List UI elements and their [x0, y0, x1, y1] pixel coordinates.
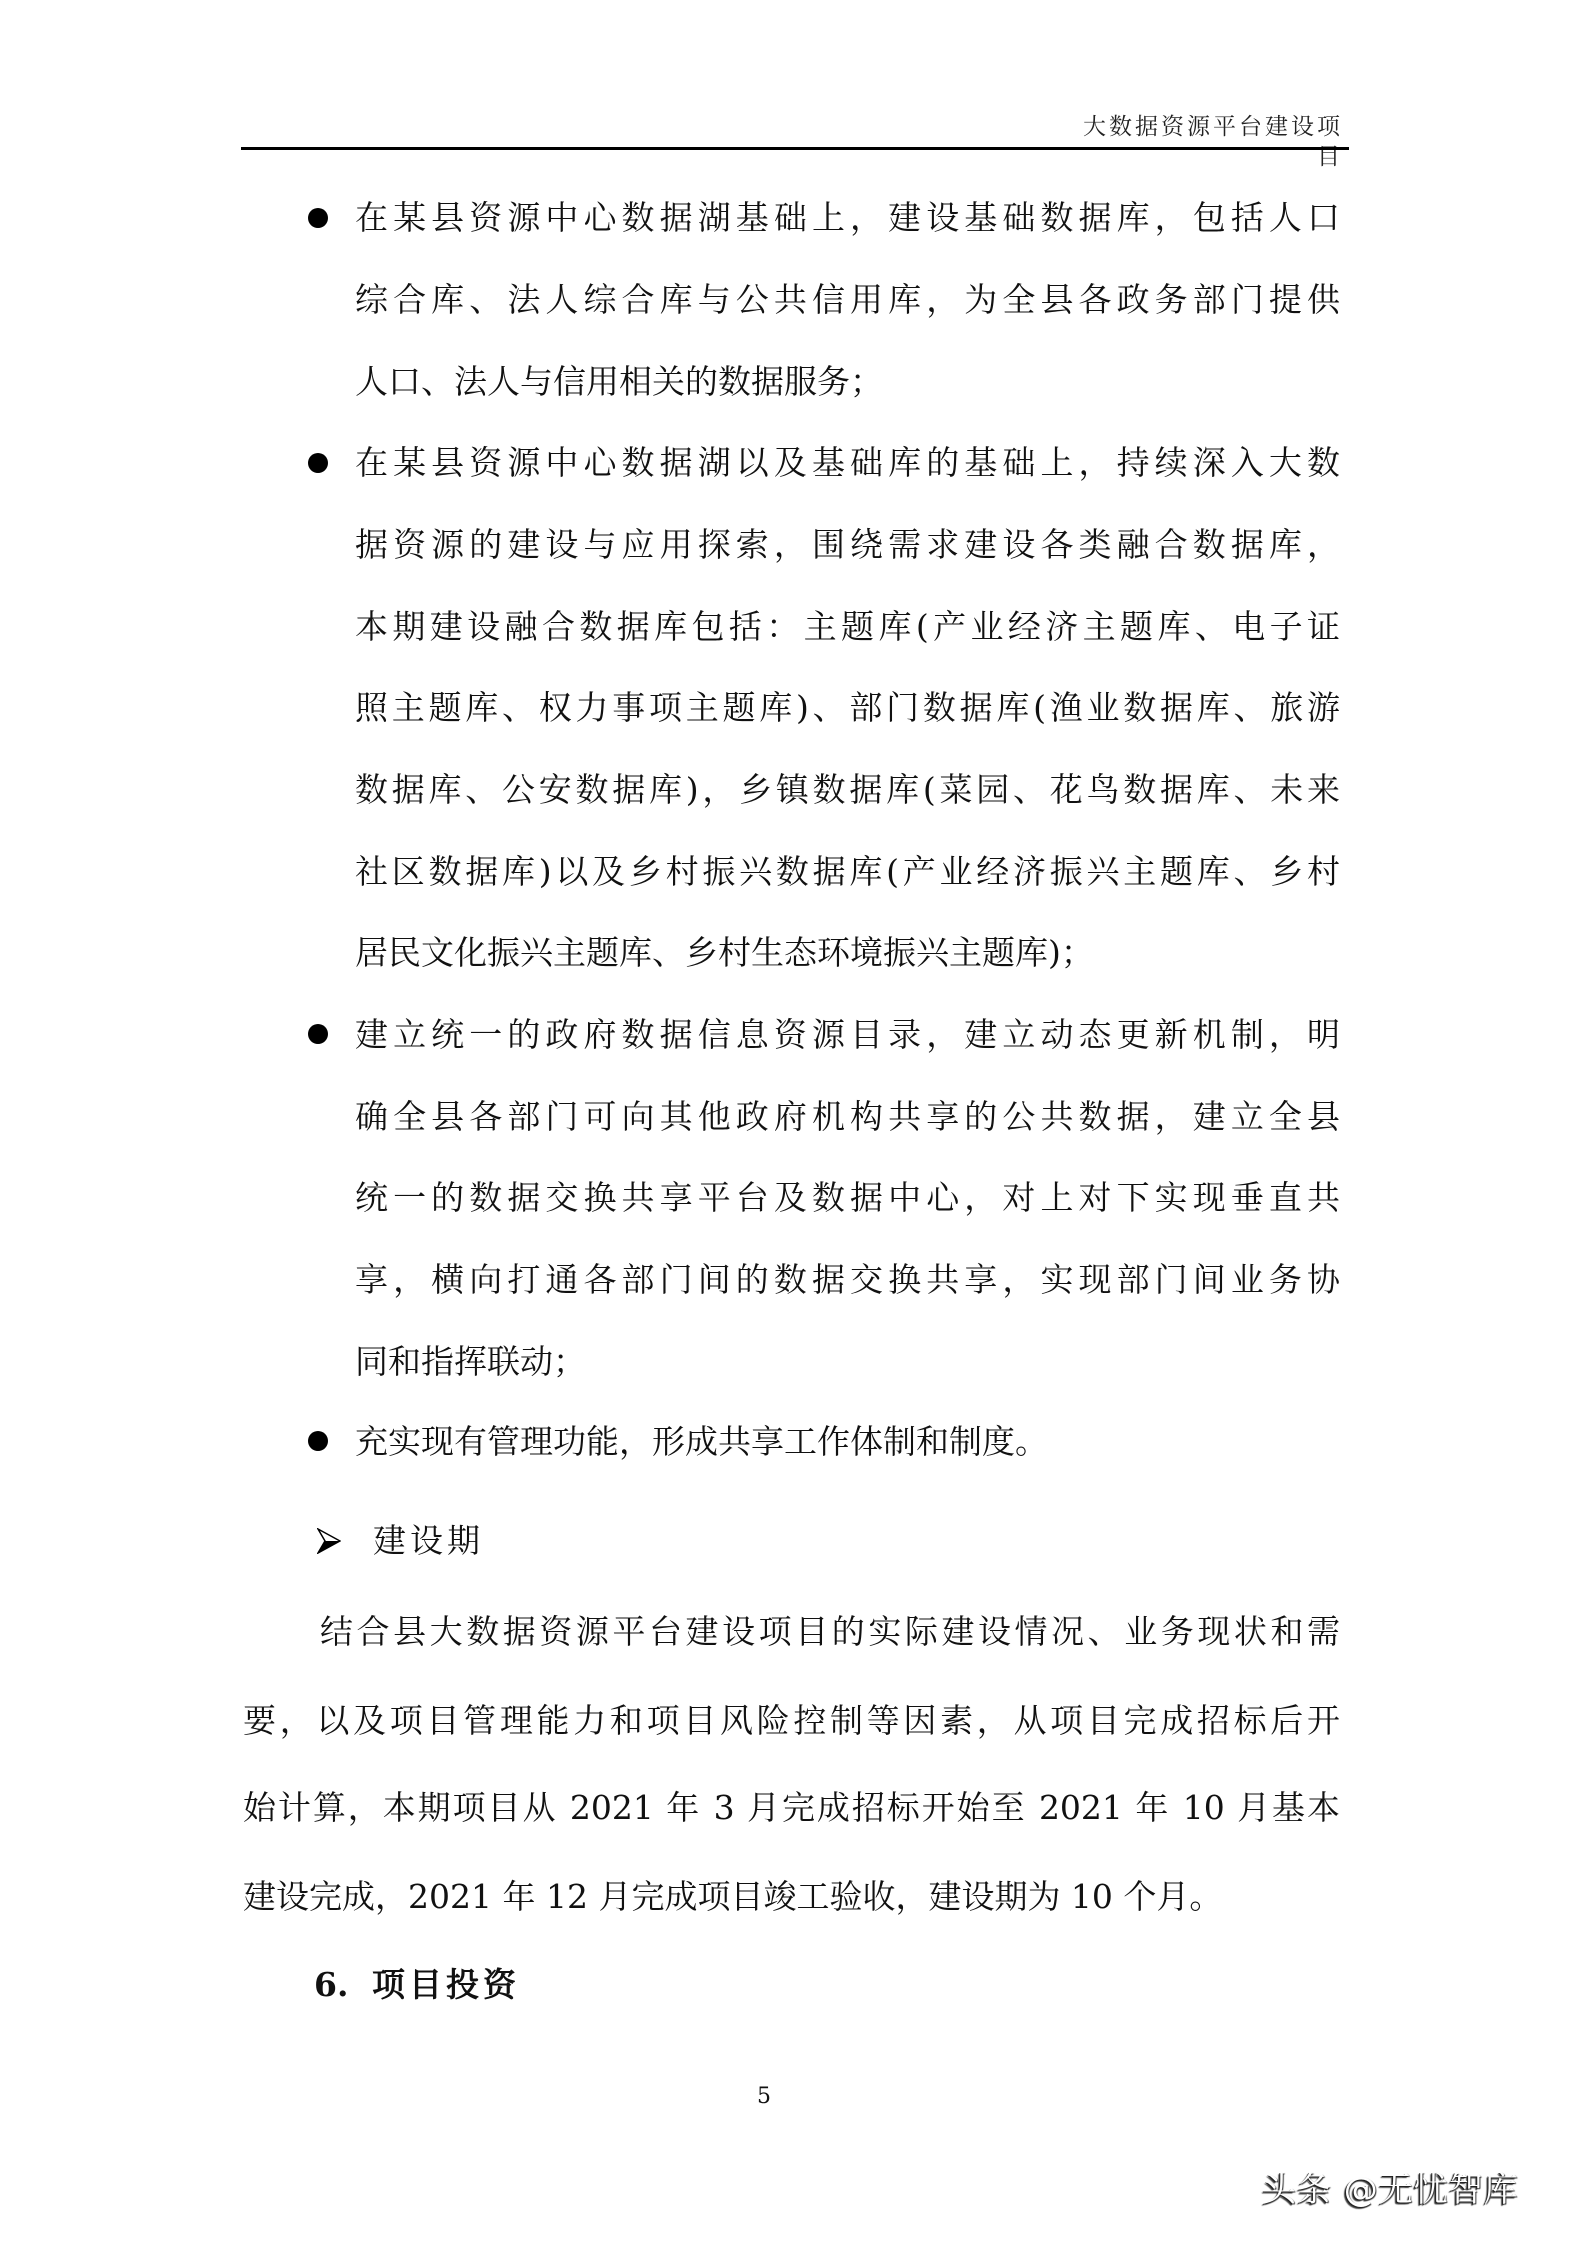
bullet-1-line-2: 综合库、法人综合库与公共信用库，为全县各政务部门提供 [355, 279, 1340, 321]
bullet-dot-icon [308, 208, 328, 228]
paragraph-line-2: 要，以及项目管理能力和项目风险控制等因素，从项目完成招标后开 [243, 1700, 1340, 1742]
bullet-2-line-6: 社区数据库)以及乡村振兴数据库(产业经济振兴主题库、乡村 [355, 851, 1340, 893]
bullet-1-line-1: 在某县资源中心数据湖基础上，建设基础数据库，包括人口 [355, 197, 1340, 239]
subheading-construction-period: 建设期 [373, 1520, 484, 1562]
watermark: 头条 @无忧智库 [1262, 2168, 1519, 2212]
bullet-2-line-7: 居民文化振兴主题库、乡村生态环境振兴主题库)； [355, 932, 1340, 974]
header-divider [241, 147, 1349, 150]
bullet-2-line-4: 照主题库、权力事项主题库)、部门数据库(渔业数据库、旅游 [355, 687, 1340, 729]
bullet-dot-icon [308, 1024, 328, 1044]
section-heading: 6.项目投资 [314, 1964, 520, 2006]
bullet-dot-icon [308, 453, 328, 473]
page-number: 5 [757, 2084, 771, 2110]
section-number: 6. [314, 1964, 372, 2006]
bullet-2-line-3: 本期建设融合数据库包括：主题库(产业经济主题库、电子证 [355, 606, 1340, 648]
bullet-dot-icon [308, 1431, 328, 1451]
bullet-3-line-1: 建立统一的政府数据信息资源目录，建立动态更新机制，明 [355, 1014, 1340, 1056]
bullet-2-line-5: 数据库、公安数据库)，乡镇数据库(菜园、花鸟数据库、未来 [355, 769, 1340, 811]
bullet-2-line-2: 据资源的建设与应用探索，围绕需求建设各类融合数据库， [355, 524, 1340, 566]
bullet-3-line-4: 享，横向打通各部门间的数据交换共享，实现部门间业务协 [355, 1259, 1340, 1301]
paragraph-line-4: 建设完成，2021 年 12 月完成项目竣工验收，建设期为 10 个月。 [243, 1876, 1340, 1918]
arrow-bullet-icon [317, 1528, 341, 1554]
section-title: 项目投资 [372, 1965, 520, 2004]
bullet-3-line-5: 同和指挥联动； [355, 1341, 1340, 1383]
running-header-title: 大数据资源平台建设项目 [1060, 112, 1343, 172]
bullet-1-line-3: 人口、法人与信用相关的数据服务； [355, 361, 1340, 403]
bullet-4-line-1: 充实现有管理功能，形成共享工作体制和制度。 [355, 1421, 1340, 1463]
bullet-2-line-1: 在某县资源中心数据湖以及基础库的基础上，持续深入大数 [355, 442, 1340, 484]
paragraph-line-3: 始计算，本期项目从 2021 年 3 月完成招标开始至 2021 年 10 月基… [243, 1787, 1340, 1829]
bullet-3-line-2: 确全县各部门可向其他政府机构共享的公共数据，建立全县 [355, 1096, 1340, 1138]
bullet-3-line-3: 统一的数据交换共享平台及数据中心，对上对下实现垂直共 [355, 1177, 1340, 1219]
paragraph-line-1: 结合县大数据资源平台建设项目的实际建设情况、业务现状和需 [320, 1611, 1340, 1653]
